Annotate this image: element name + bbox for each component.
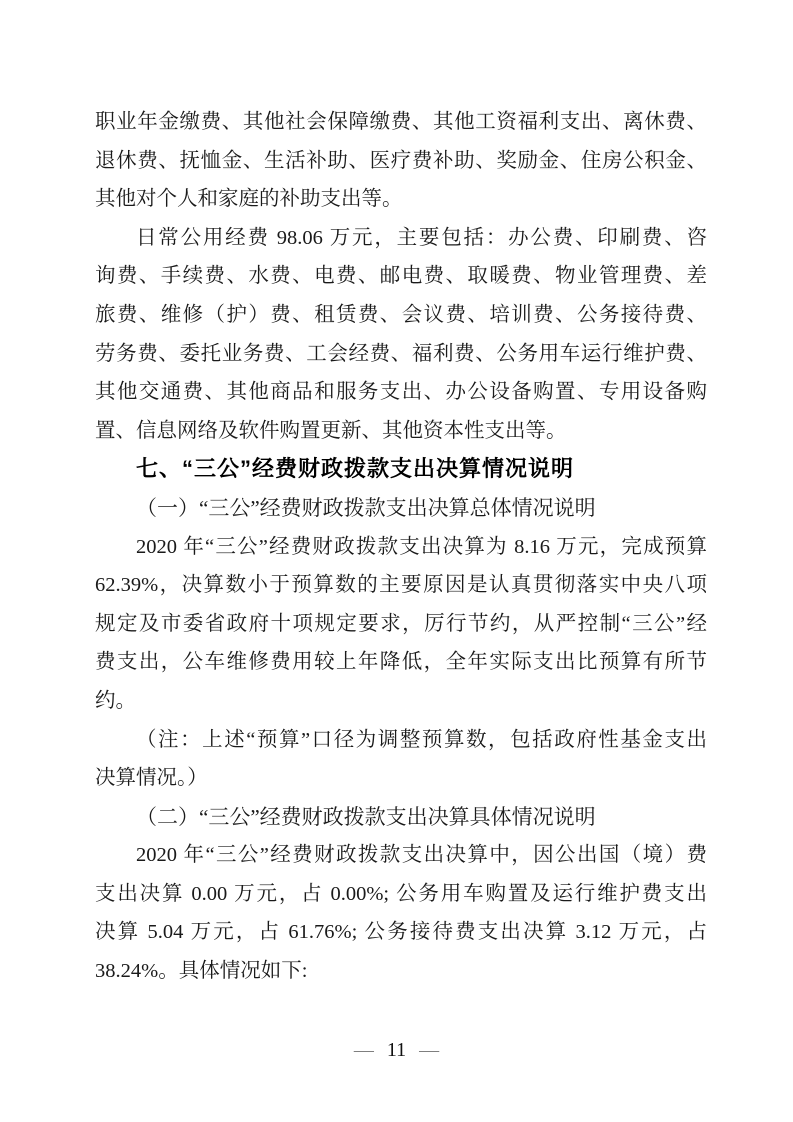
page-footer: —11— [0,1037,793,1063]
text-line: 旅费、维修（护）费、租赁费、会议费、培训费、公务接待费、 [95,296,707,335]
text-line: （二）“三公”经费财政拨款支出决算具体情况说明 [95,798,707,837]
text-line: （注：上述“预算”口径为调整预算数，包括政府性基金支出 [95,721,707,760]
subheading-part-two: （二）“三公”经费财政拨款支出决算具体情况说明 [95,798,707,837]
text-line: 日常公用经费 98.06 万元，主要包括：办公费、印刷费、咨 [95,219,707,258]
text-line: 其他对个人和家庭的补助支出等。 [95,180,707,219]
text-line: 38.24%。具体情况如下: [95,952,707,991]
text-line: 2020 年“三公”经费财政拨款支出决算为 8.16 万元，完成预算 [95,528,707,567]
text-line: 规定及市委省政府十项规定要求，厉行节约，从严控制“三公”经 [95,605,707,644]
document-body: 职业年金缴费、其他社会保障缴费、其他工资福利支出、离休费、退休费、抚恤金、生活补… [95,103,707,991]
document-page: 职业年金缴费、其他社会保障缴费、其他工资福利支出、离休费、退休费、抚恤金、生活补… [0,0,793,1122]
text-line: 费支出，公车维修费用较上年降低，全年实际支出比预算有所节 [95,643,707,682]
para-daily-public-expense: 日常公用经费 98.06 万元，主要包括：办公费、印刷费、咨询费、手续费、水费、… [95,219,707,451]
text-line: 置、信息网络及软件购置更新、其他资本性支出等。 [95,412,707,451]
heading-section-seven: 七、“三公”经费财政拨款支出决算情况说明 [95,450,707,489]
text-line: 62.39%，决算数小于预算数的主要原因是认真贯彻落实中央八项 [95,566,707,605]
text-line: 其他交通费、其他商品和服务支出、办公设备购置、专用设备购 [95,373,707,412]
text-line: 决算情况。） [95,759,707,798]
text-line: 退休费、抚恤金、生活补助、医疗费补助、奖励金、住房公积金、 [95,142,707,181]
text-line: 询费、手续费、水费、电费、邮电费、取暖费、物业管理费、差 [95,257,707,296]
para-benefits-continued: 职业年金缴费、其他社会保障缴费、其他工资福利支出、离休费、退休费、抚恤金、生活补… [95,103,707,219]
footer-dash-right: — [412,1039,446,1061]
para-specific-situation: 2020 年“三公”经费财政拨款支出决算中，因公出国（境）费支出决算 0.00 … [95,836,707,990]
text-line: （一）“三公”经费财政拨款支出决算总体情况说明 [95,489,707,528]
footer-dash-left: — [347,1039,381,1061]
text-line: 七、“三公”经费财政拨款支出决算情况说明 [95,450,707,489]
text-line: 约。 [95,682,707,721]
text-line: 2020 年“三公”经费财政拨款支出决算中，因公出国（境）费 [95,836,707,875]
para-budget-note: （注：上述“预算”口径为调整预算数，包括政府性基金支出决算情况。） [95,721,707,798]
text-line: 决算 5.04 万元，占 61.76%; 公务接待费支出决算 3.12 万元，占 [95,913,707,952]
page-number: 11 [381,1039,412,1061]
para-overall-situation: 2020 年“三公”经费财政拨款支出决算为 8.16 万元，完成预算62.39%… [95,528,707,721]
text-line: 劳务费、委托业务费、工会经费、福利费、公务用车运行维护费、 [95,335,707,374]
subheading-part-one: （一）“三公”经费财政拨款支出决算总体情况说明 [95,489,707,528]
text-line: 支出决算 0.00 万元，占 0.00%; 公务用车购置及运行维护费支出 [95,875,707,914]
text-line: 职业年金缴费、其他社会保障缴费、其他工资福利支出、离休费、 [95,103,707,142]
